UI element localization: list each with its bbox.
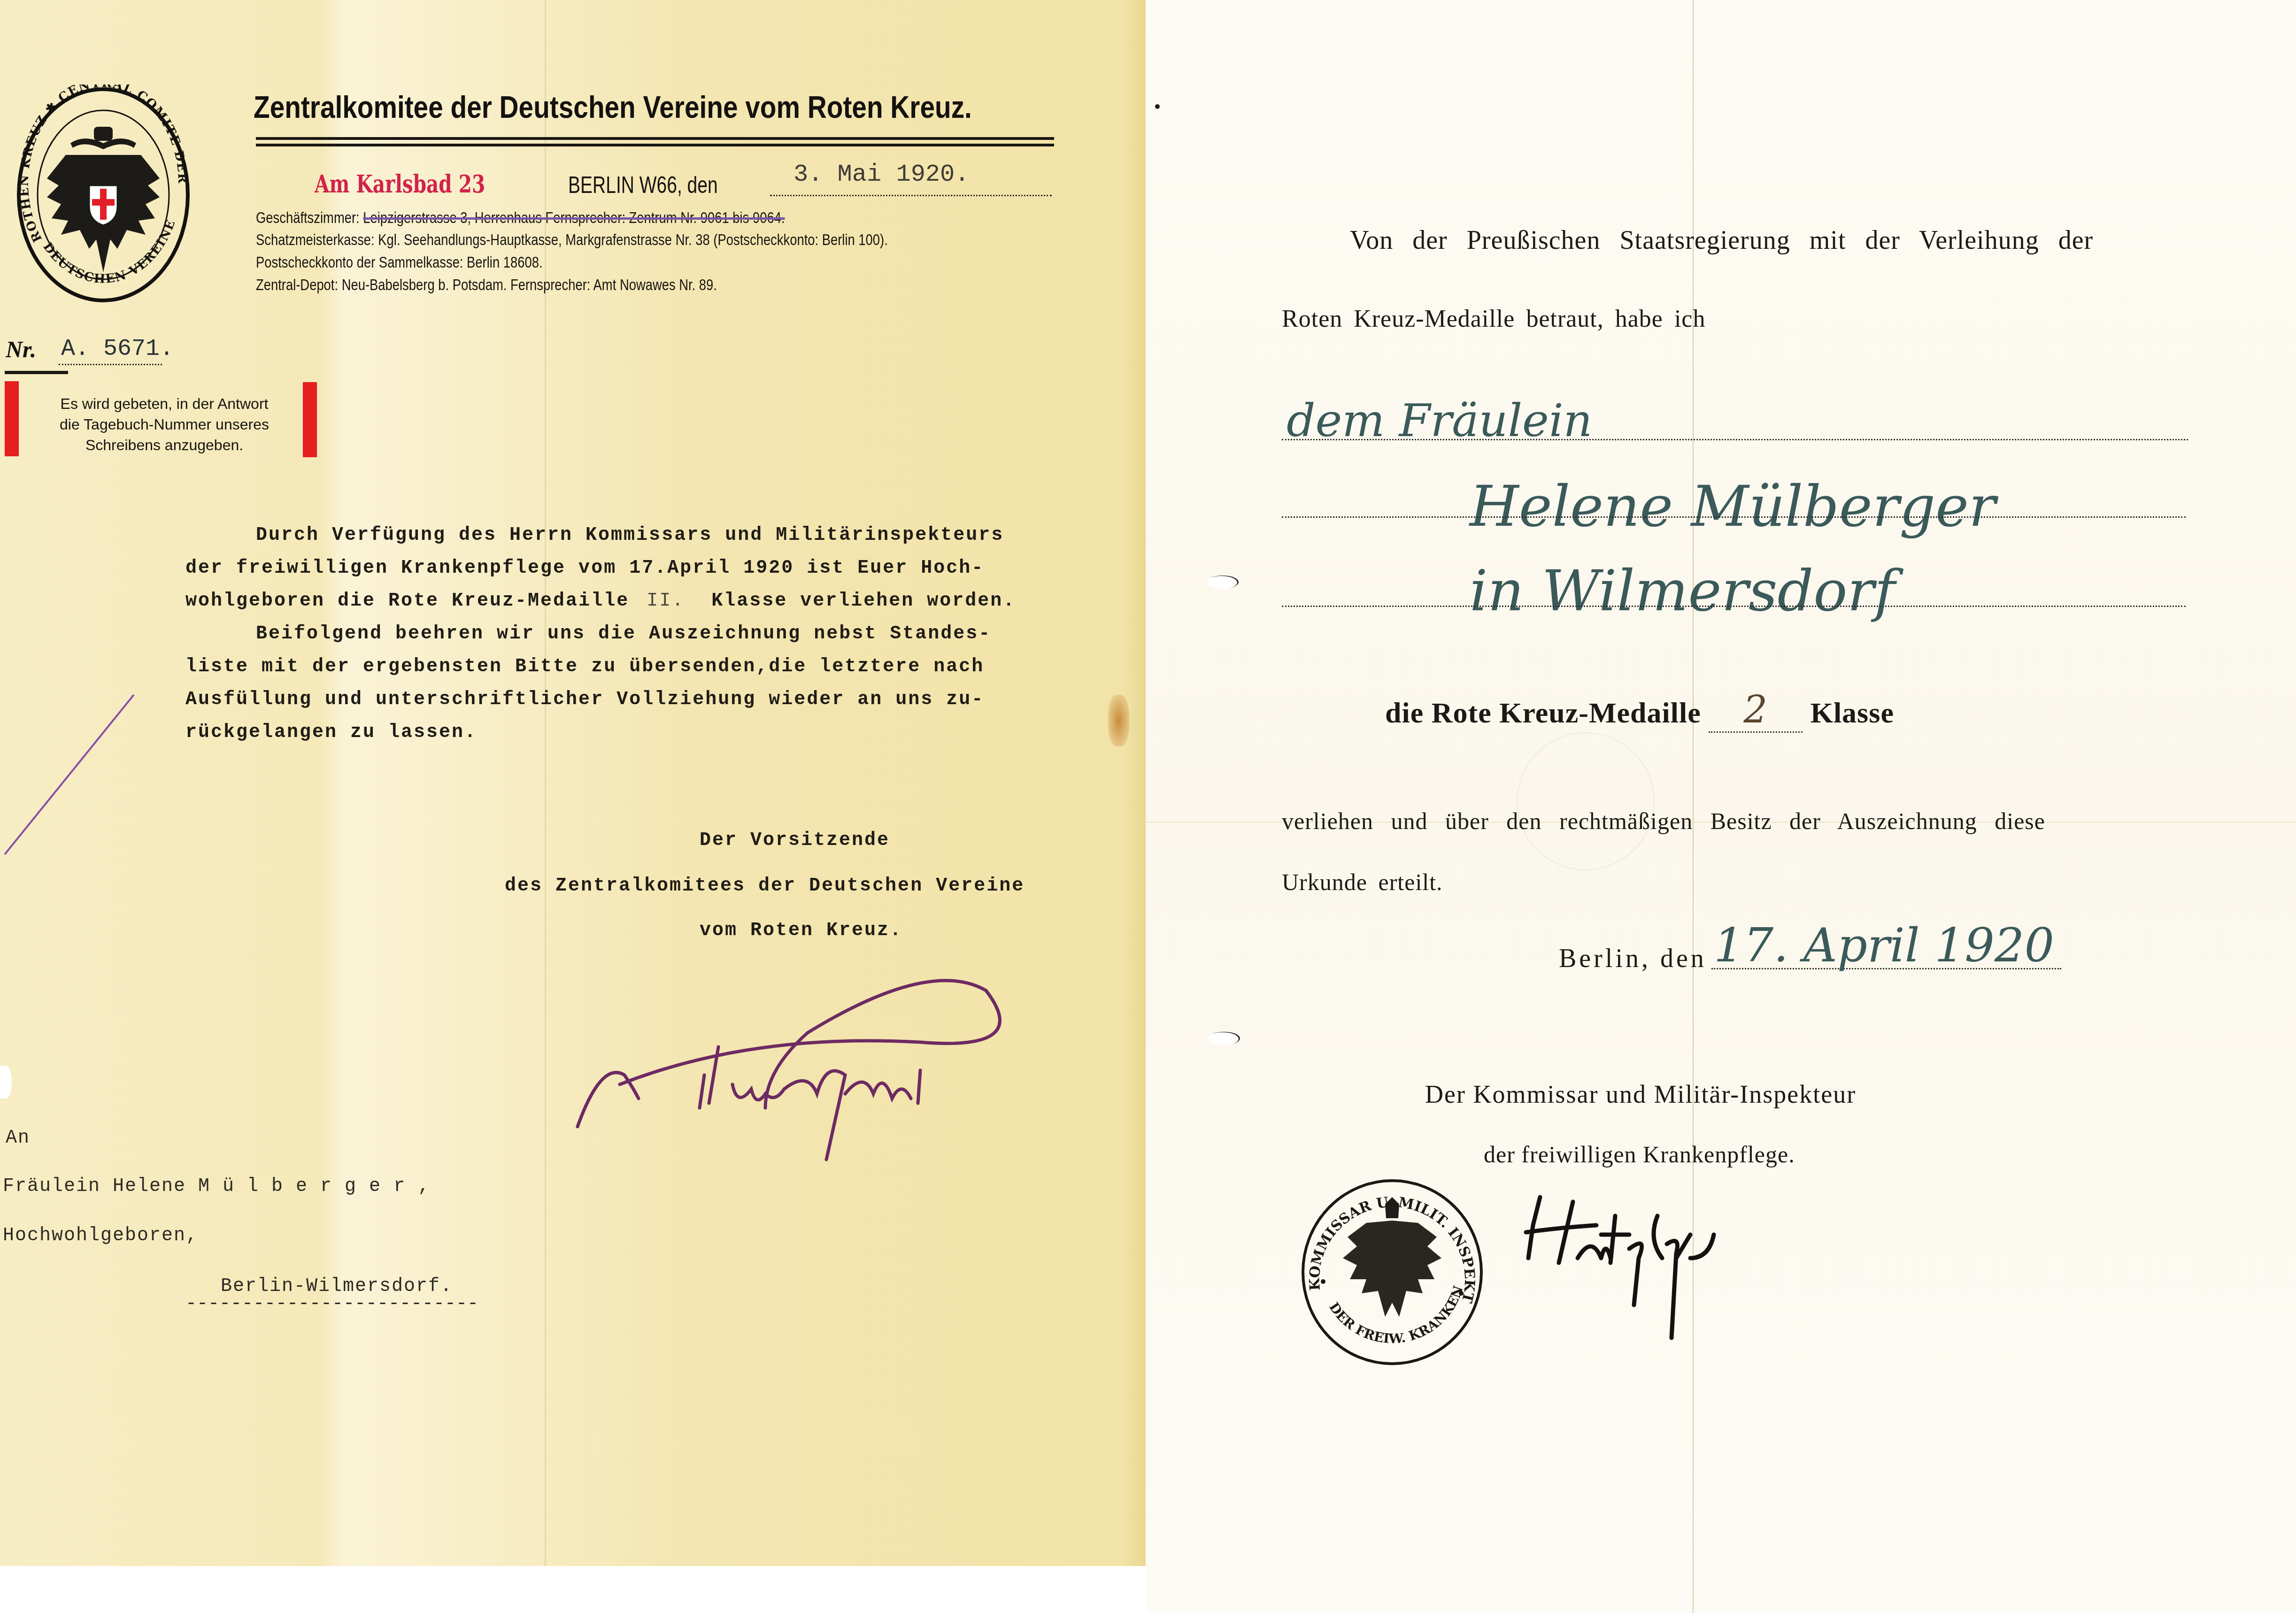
intro-line: Roten Kreuz-Medaille betraut, habe ich <box>1282 305 1705 333</box>
red-cross-seal-icon: ROTHEN KREUZ ✱ CENTRAL COMITE DER DEUTSC… <box>14 84 193 305</box>
reference-underline <box>5 371 68 374</box>
header-rule <box>256 137 1054 140</box>
signature-commissioner <box>1521 1188 1765 1347</box>
body-line: wohlgeboren die Rote Kreuz-Medaille II. … <box>185 591 1016 612</box>
office-label: Geschäftszimmer: <box>256 209 360 226</box>
handwritten-name: Helene Mülberger <box>1470 474 1996 539</box>
body-line: der freiwilligen Krankenpflege vom 17.Ap… <box>185 558 984 579</box>
header-rule <box>256 144 1054 146</box>
date-dotted-line <box>770 195 1052 196</box>
body-line: Ausfüllung und unterschriftlicher Vollzi… <box>185 689 984 710</box>
signature-chairman <box>563 976 1080 1174</box>
statement-line: Urkunde erteilt. <box>1282 868 1443 896</box>
body-line: liste mit der ergebensten Bitte zu übers… <box>185 656 984 677</box>
recipient-dotted-line <box>1282 439 2188 440</box>
notice-red-bar-right <box>303 382 317 457</box>
issuer-line: Der Kommissar und Militär-Inspekteur <box>1425 1080 1856 1109</box>
issuer-line: der freiwilligen Krankenpflege. <box>1484 1141 1795 1168</box>
treasury-info-line: Schatzmeisterkasse: Kgl. Seehandlungs-Ha… <box>256 231 888 249</box>
place-dotted-line <box>1282 606 2186 607</box>
reference-number: A. 5671. <box>61 336 174 362</box>
body-line: Beifolgend beehren wir uns die Auszeichn… <box>256 623 991 645</box>
body-line: Durch Verfügung des Herrn Kommissars und… <box>256 525 1004 546</box>
ink-stroke <box>0 690 141 859</box>
recipient-underline: -------------------------- <box>185 1293 478 1314</box>
faint-stamp-ghost <box>1517 732 1655 870</box>
medal-class-typed: II. <box>647 591 685 612</box>
punch-hole <box>1207 576 1239 589</box>
letter-sheet: ROTHEN KREUZ ✱ CENTRAL COMITE DER DEUTSC… <box>0 0 1146 1566</box>
office-struck-text: Leipzigerstrasse 3, Herrenhaus Fernsprec… <box>363 209 785 226</box>
stain <box>1108 695 1129 746</box>
recipient-name: Fräulein Helene M ü l b e r g e r , <box>3 1176 430 1197</box>
postal-info-line: Postscheckkonto der Sammelkasse: Berlin … <box>256 253 543 271</box>
letterhead-title: Zentralkomitee der Deutschen Vereine vom… <box>254 89 972 125</box>
ink-dot <box>1155 104 1160 109</box>
address-stamp: Am Karlsbad 23 <box>315 170 485 199</box>
depot-info-line: Zentral-Depot: Neu-Babelsberg b. Potsdam… <box>256 276 717 294</box>
closing-line: des Zentralkomitees der Deutschen Verein… <box>505 876 1025 897</box>
certificate-sheet: Von der Preußischen Staatsregierung mit … <box>1146 0 2296 1613</box>
recipient-prefix: An <box>6 1128 30 1149</box>
closing-line: vom Roten Kreuz. <box>700 920 902 941</box>
punch-hole <box>1208 1032 1240 1045</box>
handwritten-class: 2 <box>1709 688 1803 733</box>
reference-dotted-line <box>59 364 162 365</box>
notice-text: Es wird gebeten, in der Antwort die Tage… <box>33 393 296 455</box>
award-line: die Rote Kreuz-Medaille 2 Klasse <box>1385 688 1894 733</box>
handwritten-date: 17. April 1920 <box>1714 918 2054 973</box>
name-dotted-line <box>1282 516 2186 518</box>
recipient-title: Hochwohlgeboren, <box>3 1225 198 1246</box>
handwritten-place: in Wilmersdorf <box>1470 559 1895 624</box>
place-label: BERLIN W66, den <box>568 171 718 199</box>
letter-date: 3. Mai 1920. <box>794 161 969 188</box>
body-line: rückgelangen zu lassen. <box>185 722 477 743</box>
office-info-line: Geschäftszimmer: Leipzigerstrasse 3, Her… <box>256 209 785 227</box>
reference-label: Nr. <box>6 336 36 363</box>
date-label: Berlin, den <box>1559 944 1707 974</box>
intro-line: Von der Preußischen Staatsregierung mit … <box>1350 225 2093 255</box>
commissioner-seal-icon: KOMMISSAR U. MILIT. INSPEKTEUR DER FREIW… <box>1296 1176 1488 1368</box>
punch-hole <box>0 1066 12 1098</box>
statement-line: verliehen und über den rechtmäßigen Besi… <box>1282 807 2045 835</box>
closing-line: Der Vorsitzende <box>700 830 890 851</box>
notice-red-bar-left <box>5 381 19 456</box>
